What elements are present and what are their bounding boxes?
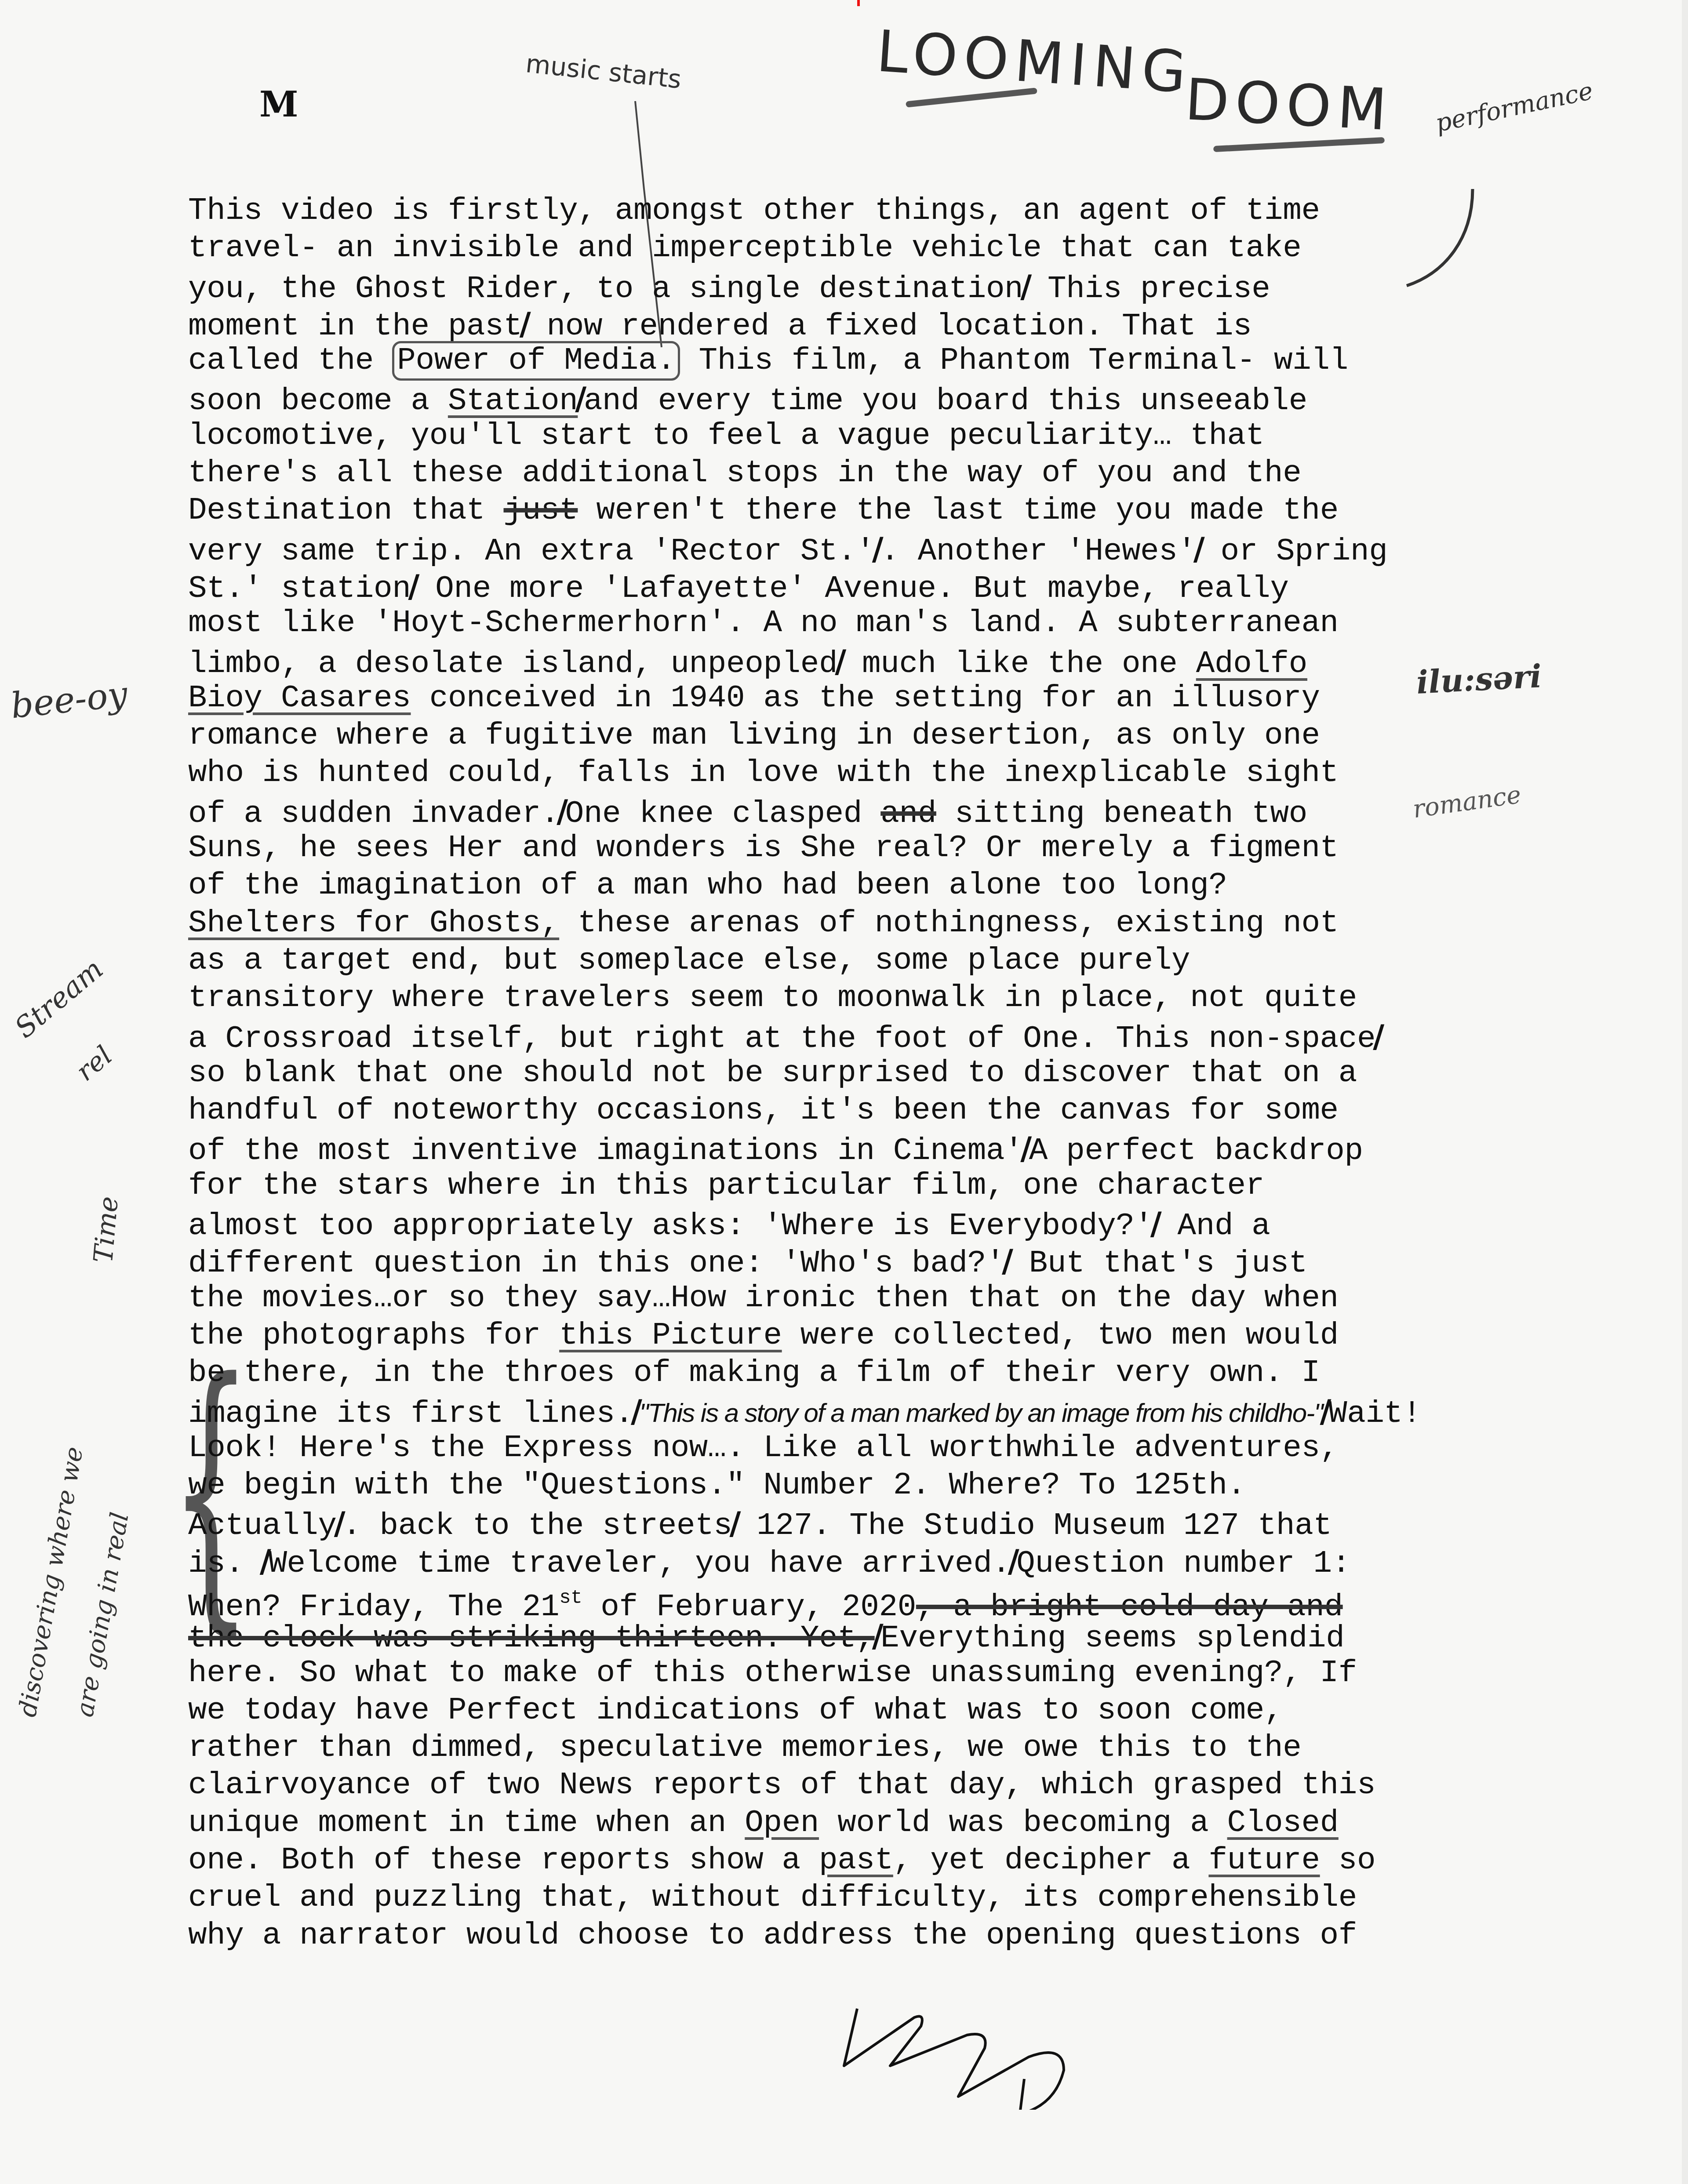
line-text: Look! Here's the Express now…. Like all … <box>188 1431 1339 1466</box>
line-text: unique moment in time when an <box>188 1806 745 1841</box>
line-text: a Crossroad itself, but right at the foo… <box>188 1021 1375 1057</box>
script-line: different question in this one: 'Who's b… <box>188 1242 1507 1279</box>
script-line: When? Friday, The 21st of February, 2020… <box>188 1580 1507 1617</box>
underline-mark: Shelters for Ghosts, <box>188 906 559 941</box>
line-text: Destination that <box>188 493 504 528</box>
script-line: a Crossroad itself, but right at the foo… <box>188 1018 1507 1055</box>
underline-mark: Open <box>745 1806 819 1841</box>
script-line: Shelters for Ghosts, these arenas of not… <box>188 905 1507 942</box>
script-line: as a target end, but someplace else, som… <box>188 942 1507 980</box>
line-text: of the most inventive imaginations in Ci… <box>188 1134 1023 1169</box>
line-text: Everything seems splendid <box>880 1621 1344 1656</box>
script-line: one. Both of these reports show a past, … <box>188 1842 1507 1879</box>
script-line: locomotive, you'll start to feel a vague… <box>188 418 1507 455</box>
script-line: why a narrator would choose to address t… <box>188 1917 1507 1955</box>
line-text: Question number 1: <box>1016 1546 1350 1581</box>
line-text: 127. The Studio Museum 127 that <box>738 1508 1332 1544</box>
typed-script-body: This video is firstly, amongst other thi… <box>188 193 1507 1955</box>
line-text: we today have Perfect indications of wha… <box>188 1693 1283 1728</box>
insert-mark: "This is a story of a man marked by an i… <box>640 1398 1323 1428</box>
underline-mark: future <box>1208 1843 1320 1878</box>
script-line: Suns, he sees Her and wonders is She rea… <box>188 830 1507 867</box>
script-line: you, the Ghost Rider, to a single destin… <box>188 268 1507 305</box>
line-text: here. So what to make of this otherwise … <box>188 1656 1357 1691</box>
script-line: be there, in the throes of making a film… <box>188 1355 1507 1392</box>
script-line: almost too appropriately asks: 'Where is… <box>188 1205 1507 1242</box>
line-text: This film, a Phantom Terminal- will <box>680 343 1348 378</box>
line-text: these arenas of nothingness, existing no… <box>559 906 1339 941</box>
line-text: And a <box>1159 1209 1270 1244</box>
line-text: A perfect backdrop <box>1029 1134 1363 1169</box>
script-line: we today have Perfect indications of wha… <box>188 1692 1507 1730</box>
signature-scribble <box>826 2004 1073 2110</box>
script-line: This video is firstly, amongst other thi… <box>188 193 1507 230</box>
line-text: of a sudden invader. <box>188 796 559 832</box>
performance-note: performance <box>1433 76 1596 138</box>
line-text: romance where a fugitive man living in d… <box>188 718 1320 753</box>
line-text: This precise <box>1029 272 1270 307</box>
script-line: the clock was striking thirteen. Yet,/Ev… <box>188 1617 1507 1654</box>
script-line: who is hunted could, falls in love with … <box>188 755 1507 792</box>
line-text: very same trip. An extra 'Rector St.' <box>188 534 875 569</box>
script-line: travel- an invisible and imperceptible v… <box>188 230 1507 267</box>
rel-note: rel <box>70 1040 118 1087</box>
strike-mark: just <box>504 493 578 528</box>
line-text: called the <box>188 343 392 378</box>
script-line: there's all these additional stops in th… <box>188 455 1507 492</box>
line-text: Wait! <box>1328 1396 1421 1432</box>
strike-mark: and <box>880 796 936 832</box>
line-text: cruel and puzzling that, without difficu… <box>188 1880 1357 1915</box>
script-line: is. /Welcome time traveler, you have arr… <box>188 1542 1507 1580</box>
time-note: Time <box>88 1195 124 1264</box>
red-mark <box>857 0 860 6</box>
script-line: transitory where travelers seem to moonw… <box>188 980 1507 1017</box>
script-line: we begin with the "Questions." Number 2.… <box>188 1467 1507 1504</box>
line-text: soon become a <box>188 384 448 419</box>
script-line: for the stars where in this particular f… <box>188 1167 1507 1205</box>
line-text: transitory where travelers seem to moonw… <box>188 981 1357 1016</box>
script-line: so blank that one should not be surprise… <box>188 1055 1507 1092</box>
line-text: clairvoyance of two News reports of that… <box>188 1768 1375 1803</box>
line-text: for the stars where in this particular f… <box>188 1168 1264 1203</box>
line-text: most like 'Hoyt-Schermerhorn'. A no man'… <box>188 606 1339 641</box>
script-line: romance where a fugitive man living in d… <box>188 717 1507 755</box>
line-text: Welcome time traveler, you have arrived. <box>268 1546 1010 1581</box>
script-line: of the most inventive imaginations in Ci… <box>188 1130 1507 1167</box>
script-line: unique moment in time when an Open world… <box>188 1805 1507 1842</box>
line-text: , yet decipher a <box>893 1843 1209 1878</box>
script-line: Bioy Casares conceived in 1940 as the se… <box>188 680 1507 717</box>
line-text: One more 'Lafayette' Avenue. But maybe, … <box>417 571 1289 607</box>
line-text: who is hunted could, falls in love with … <box>188 756 1339 791</box>
line-text: so <box>1320 1843 1376 1878</box>
script-line: rather than dimmed, speculative memories… <box>188 1730 1507 1767</box>
strike-mark: the clock was striking thirteen. Yet, <box>188 1621 875 1656</box>
script-line: Destination that just weren't there the … <box>188 492 1507 530</box>
script-line: St.' station/ One more 'Lafayette' Avenu… <box>188 567 1507 605</box>
script-line: of a sudden invader./One knee clasped an… <box>188 792 1507 830</box>
script-line: imagine its first lines./"This is a stor… <box>188 1392 1507 1430</box>
script-line: soon become a Station/and every time you… <box>188 380 1507 417</box>
scanned-page: LOOMING DOOM M music starts performance … <box>0 0 1688 2184</box>
script-line: of the imagination of a man who had been… <box>188 867 1507 905</box>
line-text: Actually <box>188 1508 337 1544</box>
underline-mark: past <box>819 1843 893 1878</box>
line-text: This video is firstly, amongst other thi… <box>188 193 1320 229</box>
line-text: travel- an invisible and imperceptible v… <box>188 231 1301 266</box>
line-text: as a target end, but someplace else, som… <box>188 943 1190 978</box>
line-text: almost too appropriately asks: 'Where is… <box>188 1209 1153 1244</box>
stream-note: Stream <box>9 953 109 1045</box>
script-line: clairvoyance of two News reports of that… <box>188 1767 1507 1804</box>
line-text: weren't there the last time you made the <box>578 493 1339 528</box>
line-text: locomotive, you'll start to feel a vague… <box>188 418 1264 454</box>
line-text: or Spring <box>1202 534 1387 569</box>
line-text: . back to the streets <box>342 1508 732 1544</box>
underline-mark: Station <box>448 384 578 419</box>
line-text: you, the Ghost Rider, to a single destin… <box>188 272 1023 307</box>
page-edge <box>1682 0 1688 2184</box>
line-text: One knee clasped <box>565 796 881 832</box>
script-line: here. So what to make of this otherwise … <box>188 1655 1507 1692</box>
script-line: handful of noteworthy occasions, it's be… <box>188 1092 1507 1130</box>
pronunciation-note-bioy: bee-oy <box>9 673 130 726</box>
script-line: Look! Here's the Express now…. Like all … <box>188 1430 1507 1467</box>
line-text: world was becoming a <box>819 1806 1227 1841</box>
line-text: much like the one <box>844 647 1196 682</box>
underline-mark: this Picture <box>559 1318 782 1353</box>
line-text: sitting beneath two <box>936 796 1307 832</box>
script-line: very same trip. An extra 'Rector St.'/. … <box>188 530 1507 567</box>
underline-mark: Adolfo <box>1196 647 1307 682</box>
line-text: so blank that one should not be surprise… <box>188 1056 1357 1091</box>
line-text: we begin with the "Questions." Number 2.… <box>188 1468 1246 1503</box>
script-line: the movies…or so they say…How ironic the… <box>188 1280 1507 1317</box>
script-line: the photographs for this Picture were co… <box>188 1317 1507 1355</box>
line-text: were collected, two men would <box>782 1318 1339 1353</box>
script-line: moment in the past/ now rendered a fixed… <box>188 305 1507 342</box>
music-starts-note: music starts <box>524 48 683 94</box>
line-text: one. Both of these reports show a <box>188 1843 819 1878</box>
title-annotation-doom: DOOM <box>1183 66 1394 144</box>
script-line: limbo, a desolate island, unpeopled/ muc… <box>188 643 1507 680</box>
line-text: different question in this one: 'Who's b… <box>188 1246 1004 1281</box>
underline-mark: Closed <box>1227 1806 1339 1841</box>
line-text: of the imagination of a man who had been… <box>188 868 1227 903</box>
line-text: But that's just <box>1011 1246 1307 1281</box>
line-text: limbo, a desolate island, unpeopled <box>188 647 837 682</box>
line-text: is. <box>188 1546 262 1581</box>
circled-mark: Power of Media. <box>392 341 680 381</box>
discovering-note: are going in real <box>70 1510 135 1719</box>
script-line: cruel and puzzling that, without difficu… <box>188 1879 1507 1917</box>
line-text: why a narrator would choose to address t… <box>188 1918 1357 1953</box>
m-mark: M <box>259 84 298 125</box>
underline-mark: Bioy Casares <box>188 681 411 716</box>
line-text: Suns, he sees Her and wonders is She rea… <box>188 831 1339 866</box>
line-text: handful of noteworthy occasions, it's be… <box>188 1093 1339 1128</box>
line-text: conceived in 1940 as the setting for an … <box>411 681 1320 716</box>
line-text: imagine its first lines. <box>188 1396 633 1432</box>
line-text: there's all these additional stops in th… <box>188 456 1301 491</box>
line-text: rather than dimmed, speculative memories… <box>188 1730 1301 1766</box>
line-text: now rendered a fixed location. That is <box>528 309 1251 344</box>
line-text: be there, in the throes of making a film… <box>188 1355 1320 1391</box>
sup-mark: st <box>559 1587 582 1609</box>
script-line: Actually/. back to the streets/ 127. The… <box>188 1504 1507 1542</box>
line-text: and every time you board this unseeable <box>584 384 1307 419</box>
script-line: most like 'Hoyt-Schermerhorn'. A no man'… <box>188 605 1507 642</box>
title-underline <box>1213 137 1385 152</box>
line-text: St.' station <box>188 571 411 607</box>
line-text: moment in the past <box>188 309 522 344</box>
script-line: called the Power of Media. This film, a … <box>188 342 1507 380</box>
line-text: the movies…or so they say…How ironic the… <box>188 1281 1339 1316</box>
line-text: the photographs for <box>188 1318 559 1353</box>
line-text: . Another 'Hewes' <box>880 534 1196 569</box>
